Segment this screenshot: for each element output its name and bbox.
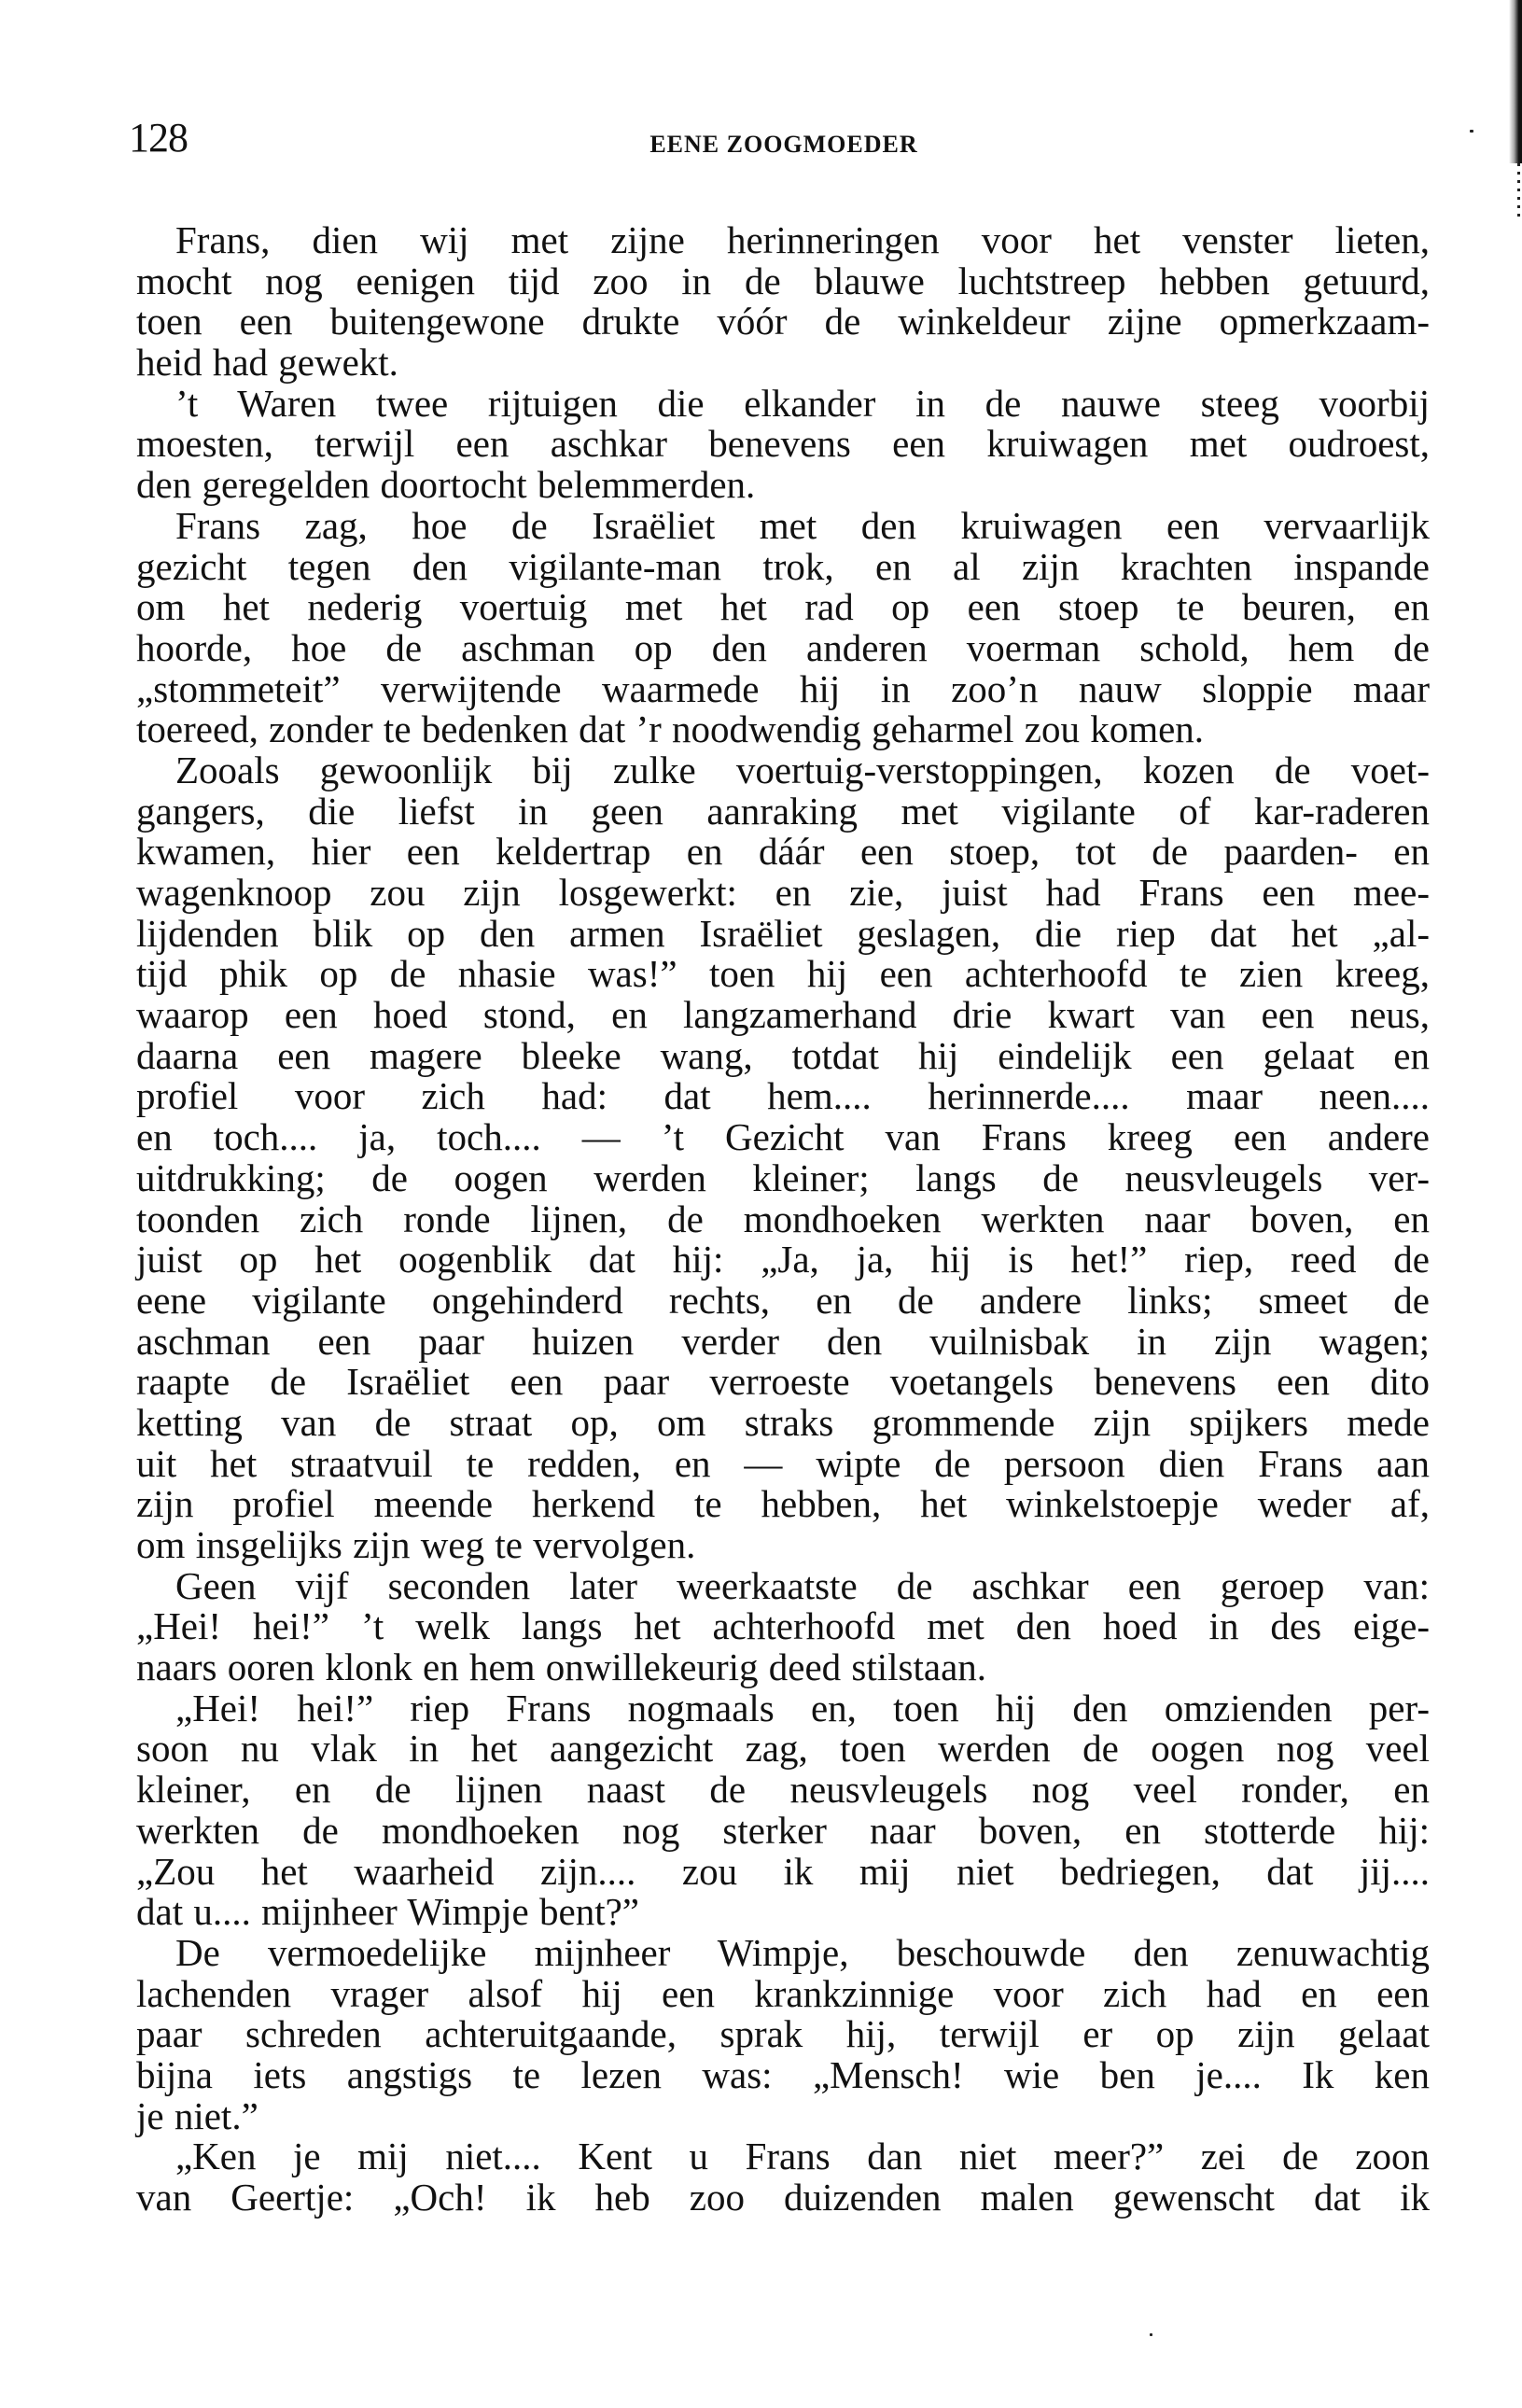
text-line: aschman een paar huizen verder den vuiln… <box>136 1322 1430 1363</box>
text-line: De vermoedelijke mijnheer Wimpje, bescho… <box>136 1933 1430 1974</box>
text-line-content: „Ken je mij niet.... Kent u Frans dan ni… <box>175 2136 1430 2177</box>
text-line-content: wagenknoop zou zijn losgewerkt: en zie, … <box>136 873 1430 914</box>
text-line-content: bijna iets angstigs te lezen was: „Mensc… <box>136 2055 1430 2096</box>
text-line-content: je niet.” <box>136 2096 1430 2137</box>
text-line: daarna een magere bleeke wang, totdat hi… <box>136 1036 1430 1077</box>
text-line-content: gangers, die liefst in geen aanraking me… <box>136 791 1430 833</box>
text-line: naars ooren klonk en hem onwillekeurig d… <box>136 1647 1430 1688</box>
text-line-content: van Geertje: „Och! ik heb zoo duizenden … <box>136 2177 1430 2219</box>
text-line: eene vigilante ongehinderd rechts, en de… <box>136 1281 1430 1322</box>
text-line: Zooals gewoonlijk bij zulke voertuig-ver… <box>136 750 1430 791</box>
text-line-content: ketting van de straat op, om straks grom… <box>136 1403 1430 1444</box>
text-line-content: tijd phik op de nhasie was!” toen hij ee… <box>136 954 1430 995</box>
text-line: juist op het oogenblik dat hij: „Ja, ja,… <box>136 1239 1430 1281</box>
text-line-content: eene vigilante ongehinderd rechts, en de… <box>136 1281 1430 1322</box>
text-line: den geregelden doortocht belemmerden. <box>136 465 1430 506</box>
text-line-content: gezicht tegen den vigilante-man trok, en… <box>136 547 1430 588</box>
text-line: van Geertje: „Och! ik heb zoo duizenden … <box>136 2177 1430 2219</box>
text-line: mocht nog eenigen tijd zoo in de blauwe … <box>136 261 1430 302</box>
text-line: Frans zag, hoe de Israëliet met den krui… <box>136 506 1430 547</box>
text-line: toen een buitengewone drukte vóór de win… <box>136 301 1430 343</box>
text-line: gezicht tegen den vigilante-man trok, en… <box>136 547 1430 588</box>
body-text: Frans, dien wij met zijne herinneringen … <box>136 220 1430 2219</box>
text-line-content: „Zou het waarheid zijn.... zou ik mij ni… <box>136 1852 1430 1893</box>
text-line-content: kwamen, hier een keldertrap en dáár een … <box>136 832 1430 873</box>
text-line: „Zou het waarheid zijn.... zou ik mij ni… <box>136 1852 1430 1893</box>
text-line: waarop een hoed stond, en langzamerhand … <box>136 995 1430 1036</box>
text-line: uitdrukking; de oogen werden kleiner; la… <box>136 1158 1430 1199</box>
text-line-content: daarna een magere bleeke wang, totdat hi… <box>136 1036 1430 1077</box>
text-line-content: hoorde, hoe de aschman op den anderen vo… <box>136 628 1430 669</box>
text-line-content: ’t Waren twee rijtuigen die elkander in … <box>175 384 1430 425</box>
text-line: moesten, terwijl een aschkar benevens ee… <box>136 424 1430 465</box>
scan-speck <box>1470 130 1473 133</box>
text-line: profiel voor zich had: dat hem.... herin… <box>136 1076 1430 1117</box>
text-line: Frans, dien wij met zijne herinneringen … <box>136 220 1430 261</box>
text-line: „Hei! hei!” ’t welk langs het achterhoof… <box>136 1606 1430 1647</box>
text-line: tijd phik op de nhasie was!” toen hij ee… <box>136 954 1430 995</box>
text-line: raapte de Israëliet een paar verroeste v… <box>136 1362 1430 1403</box>
text-line-content: soon nu vlak in het aangezicht zag, toen… <box>136 1729 1430 1770</box>
text-line-content: lijdenden blik op den armen Israëliet ge… <box>136 914 1430 955</box>
text-line-content: waarop een hoed stond, en langzamerhand … <box>136 995 1430 1036</box>
text-line: om insgelijks zijn weg te vervolgen. <box>136 1525 1430 1566</box>
text-line: soon nu vlak in het aangezicht zag, toen… <box>136 1729 1430 1770</box>
running-head: EENE ZOOGMOEDER <box>597 131 970 159</box>
text-line: lijdenden blik op den armen Israëliet ge… <box>136 914 1430 955</box>
scan-edge-artifact <box>1509 0 1522 163</box>
text-line-content: profiel voor zich had: dat hem.... herin… <box>136 1076 1430 1117</box>
text-line: ketting van de straat op, om straks grom… <box>136 1403 1430 1444</box>
text-line-content: moesten, terwijl een aschkar benevens ee… <box>136 424 1430 465</box>
text-line-content: zijn profiel meende herkend te hebben, h… <box>136 1484 1430 1525</box>
text-line: kwamen, hier een keldertrap en dáár een … <box>136 832 1430 873</box>
text-line-content: den geregelden doortocht belemmerden. <box>136 465 1430 506</box>
text-line-content: „stommeteit” verwijtende waarmede hij in… <box>136 669 1430 710</box>
text-line-content: uitdrukking; de oogen werden kleiner; la… <box>136 1158 1430 1199</box>
text-line-content: werkten de mondhoeken nog sterker naar b… <box>136 1811 1430 1852</box>
text-line-content: om insgelijks zijn weg te vervolgen. <box>136 1525 1430 1566</box>
page-number: 128 <box>129 116 188 161</box>
text-line-content: toereed, zonder te bedenken dat ’r noodw… <box>136 709 1430 750</box>
text-line: Geen vijf seconden later weerkaatste de … <box>136 1566 1430 1607</box>
text-line-content: raapte de Israëliet een paar verroeste v… <box>136 1362 1430 1403</box>
text-line: paar schreden achteruitgaande, sprak hij… <box>136 2014 1430 2055</box>
text-line: werkten de mondhoeken nog sterker naar b… <box>136 1811 1430 1852</box>
text-line-content: De vermoedelijke mijnheer Wimpje, bescho… <box>175 1933 1430 1974</box>
text-line-content: „Hei! hei!” riep Frans nogmaals en, toen… <box>175 1688 1430 1729</box>
text-line: gangers, die liefst in geen aanraking me… <box>136 791 1430 833</box>
text-line: om het nederig voertuig met het rad op e… <box>136 587 1430 628</box>
scan-speck <box>1150 2333 1152 2336</box>
text-line-content: paar schreden achteruitgaande, sprak hij… <box>136 2014 1430 2055</box>
text-line: dat u.... mijnheer Wimpje bent?” <box>136 1892 1430 1933</box>
text-line: en toch.... ja, toch.... — ’t Gezicht va… <box>136 1117 1430 1158</box>
text-line-content: uit het straatvuil te redden, en — wipte… <box>136 1444 1430 1485</box>
text-line-content: mocht nog eenigen tijd zoo in de blauwe … <box>136 261 1430 302</box>
text-line: „Hei! hei!” riep Frans nogmaals en, toen… <box>136 1688 1430 1729</box>
text-line-content: heid had gewekt. <box>136 343 1430 384</box>
text-line-content: en toch.... ja, toch.... — ’t Gezicht va… <box>136 1117 1430 1158</box>
text-line: je niet.” <box>136 2096 1430 2137</box>
text-line: kleiner, en de lijnen naast de neusvleug… <box>136 1770 1430 1811</box>
text-line-content: kleiner, en de lijnen naast de neusvleug… <box>136 1770 1430 1811</box>
text-line-content: naars ooren klonk en hem onwillekeurig d… <box>136 1647 1430 1688</box>
text-line-content: „Hei! hei!” ’t welk langs het achterhoof… <box>136 1606 1430 1647</box>
text-line: hoorde, hoe de aschman op den anderen vo… <box>136 628 1430 669</box>
text-line-content: dat u.... mijnheer Wimpje bent?” <box>136 1892 1430 1933</box>
text-line-content: lachenden vrager alsof hij een krankzinn… <box>136 1974 1430 2015</box>
text-line: toereed, zonder te bedenken dat ’r noodw… <box>136 709 1430 750</box>
text-line: „stommeteit” verwijtende waarmede hij in… <box>136 669 1430 710</box>
text-line: heid had gewekt. <box>136 343 1430 384</box>
scan-edge-artifact-lower <box>1517 163 1520 219</box>
text-line-content: Zooals gewoonlijk bij zulke voertuig-ver… <box>175 750 1430 791</box>
text-line: uit het straatvuil te redden, en — wipte… <box>136 1444 1430 1485</box>
text-line-content: Geen vijf seconden later weerkaatste de … <box>175 1566 1430 1607</box>
text-line: toonden zich ronde lijnen, de mondhoeken… <box>136 1199 1430 1240</box>
text-line-content: toen een buitengewone drukte vóór de win… <box>136 301 1430 343</box>
text-line-content: om het nederig voertuig met het rad op e… <box>136 587 1430 628</box>
text-line: ’t Waren twee rijtuigen die elkander in … <box>136 384 1430 425</box>
text-line: zijn profiel meende herkend te hebben, h… <box>136 1484 1430 1525</box>
text-line: wagenknoop zou zijn losgewerkt: en zie, … <box>136 873 1430 914</box>
text-line-content: toonden zich ronde lijnen, de mondhoeken… <box>136 1199 1430 1240</box>
text-line: bijna iets angstigs te lezen was: „Mensc… <box>136 2055 1430 2096</box>
text-line: lachenden vrager alsof hij een krankzinn… <box>136 1974 1430 2015</box>
text-line-content: aschman een paar huizen verder den vuiln… <box>136 1322 1430 1363</box>
text-line-content: Frans, dien wij met zijne herinneringen … <box>175 220 1430 261</box>
text-line: „Ken je mij niet.... Kent u Frans dan ni… <box>136 2136 1430 2177</box>
text-line-content: Frans zag, hoe de Israëliet met den krui… <box>175 506 1430 547</box>
text-line-content: juist op het oogenblik dat hij: „Ja, ja,… <box>136 1239 1430 1281</box>
